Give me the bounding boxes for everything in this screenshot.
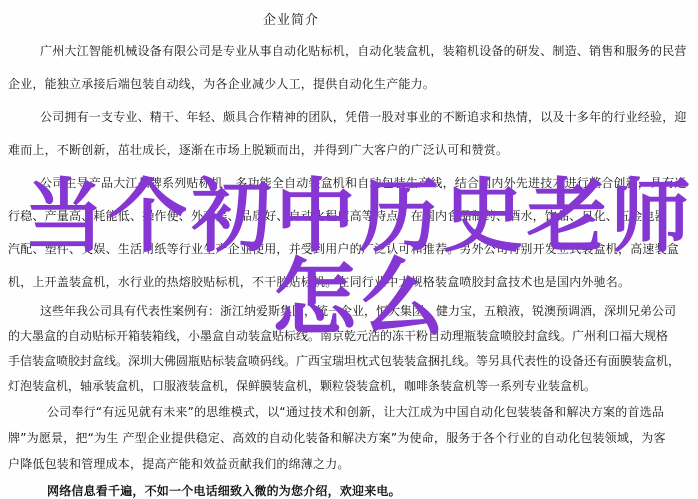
- page-title-row: 企业简介: [8, 9, 698, 29]
- company-intro-page: { "doc": { "title": "企业简介", "paragraphs"…: [0, 0, 698, 499]
- paragraph-closing-contact: 网络信息看千遍，不如一个电话细致入微的为您介绍，欢迎来电。: [8, 477, 698, 499]
- paragraph-products: 公司主导产品大江品牌系列贴标机，多功能全自动装盒机和自动包装生产线，结合国内外先…: [8, 167, 698, 299]
- paragraph-case-studies: 这些年我公司具有代表性案例有：浙江纳爱斯集团，统一企业，恒大集团，健力宝，五粮液…: [8, 299, 698, 399]
- paragraph-mission: 公司奉行“有远见就有未来”的思维模式，以“通过技术和创新，让大江成为中国自动化包…: [8, 399, 698, 477]
- page-title: 企业简介: [263, 13, 319, 28]
- paragraph-team: 公司拥有一支专业、精干、年轻、颇具合作精神的团队，凭借一股对事业的不断追求和热情…: [8, 101, 698, 167]
- paragraph-company-overview: 广州大江智能机械设备有限公司是专业从事自动化贴标机，自动化装盒机，装箱机设备的研…: [8, 35, 698, 101]
- company-intro-document: 企业简介 广州大江智能机械设备有限公司是专业从事自动化贴标机，自动化装盒机，装箱…: [0, 0, 698, 499]
